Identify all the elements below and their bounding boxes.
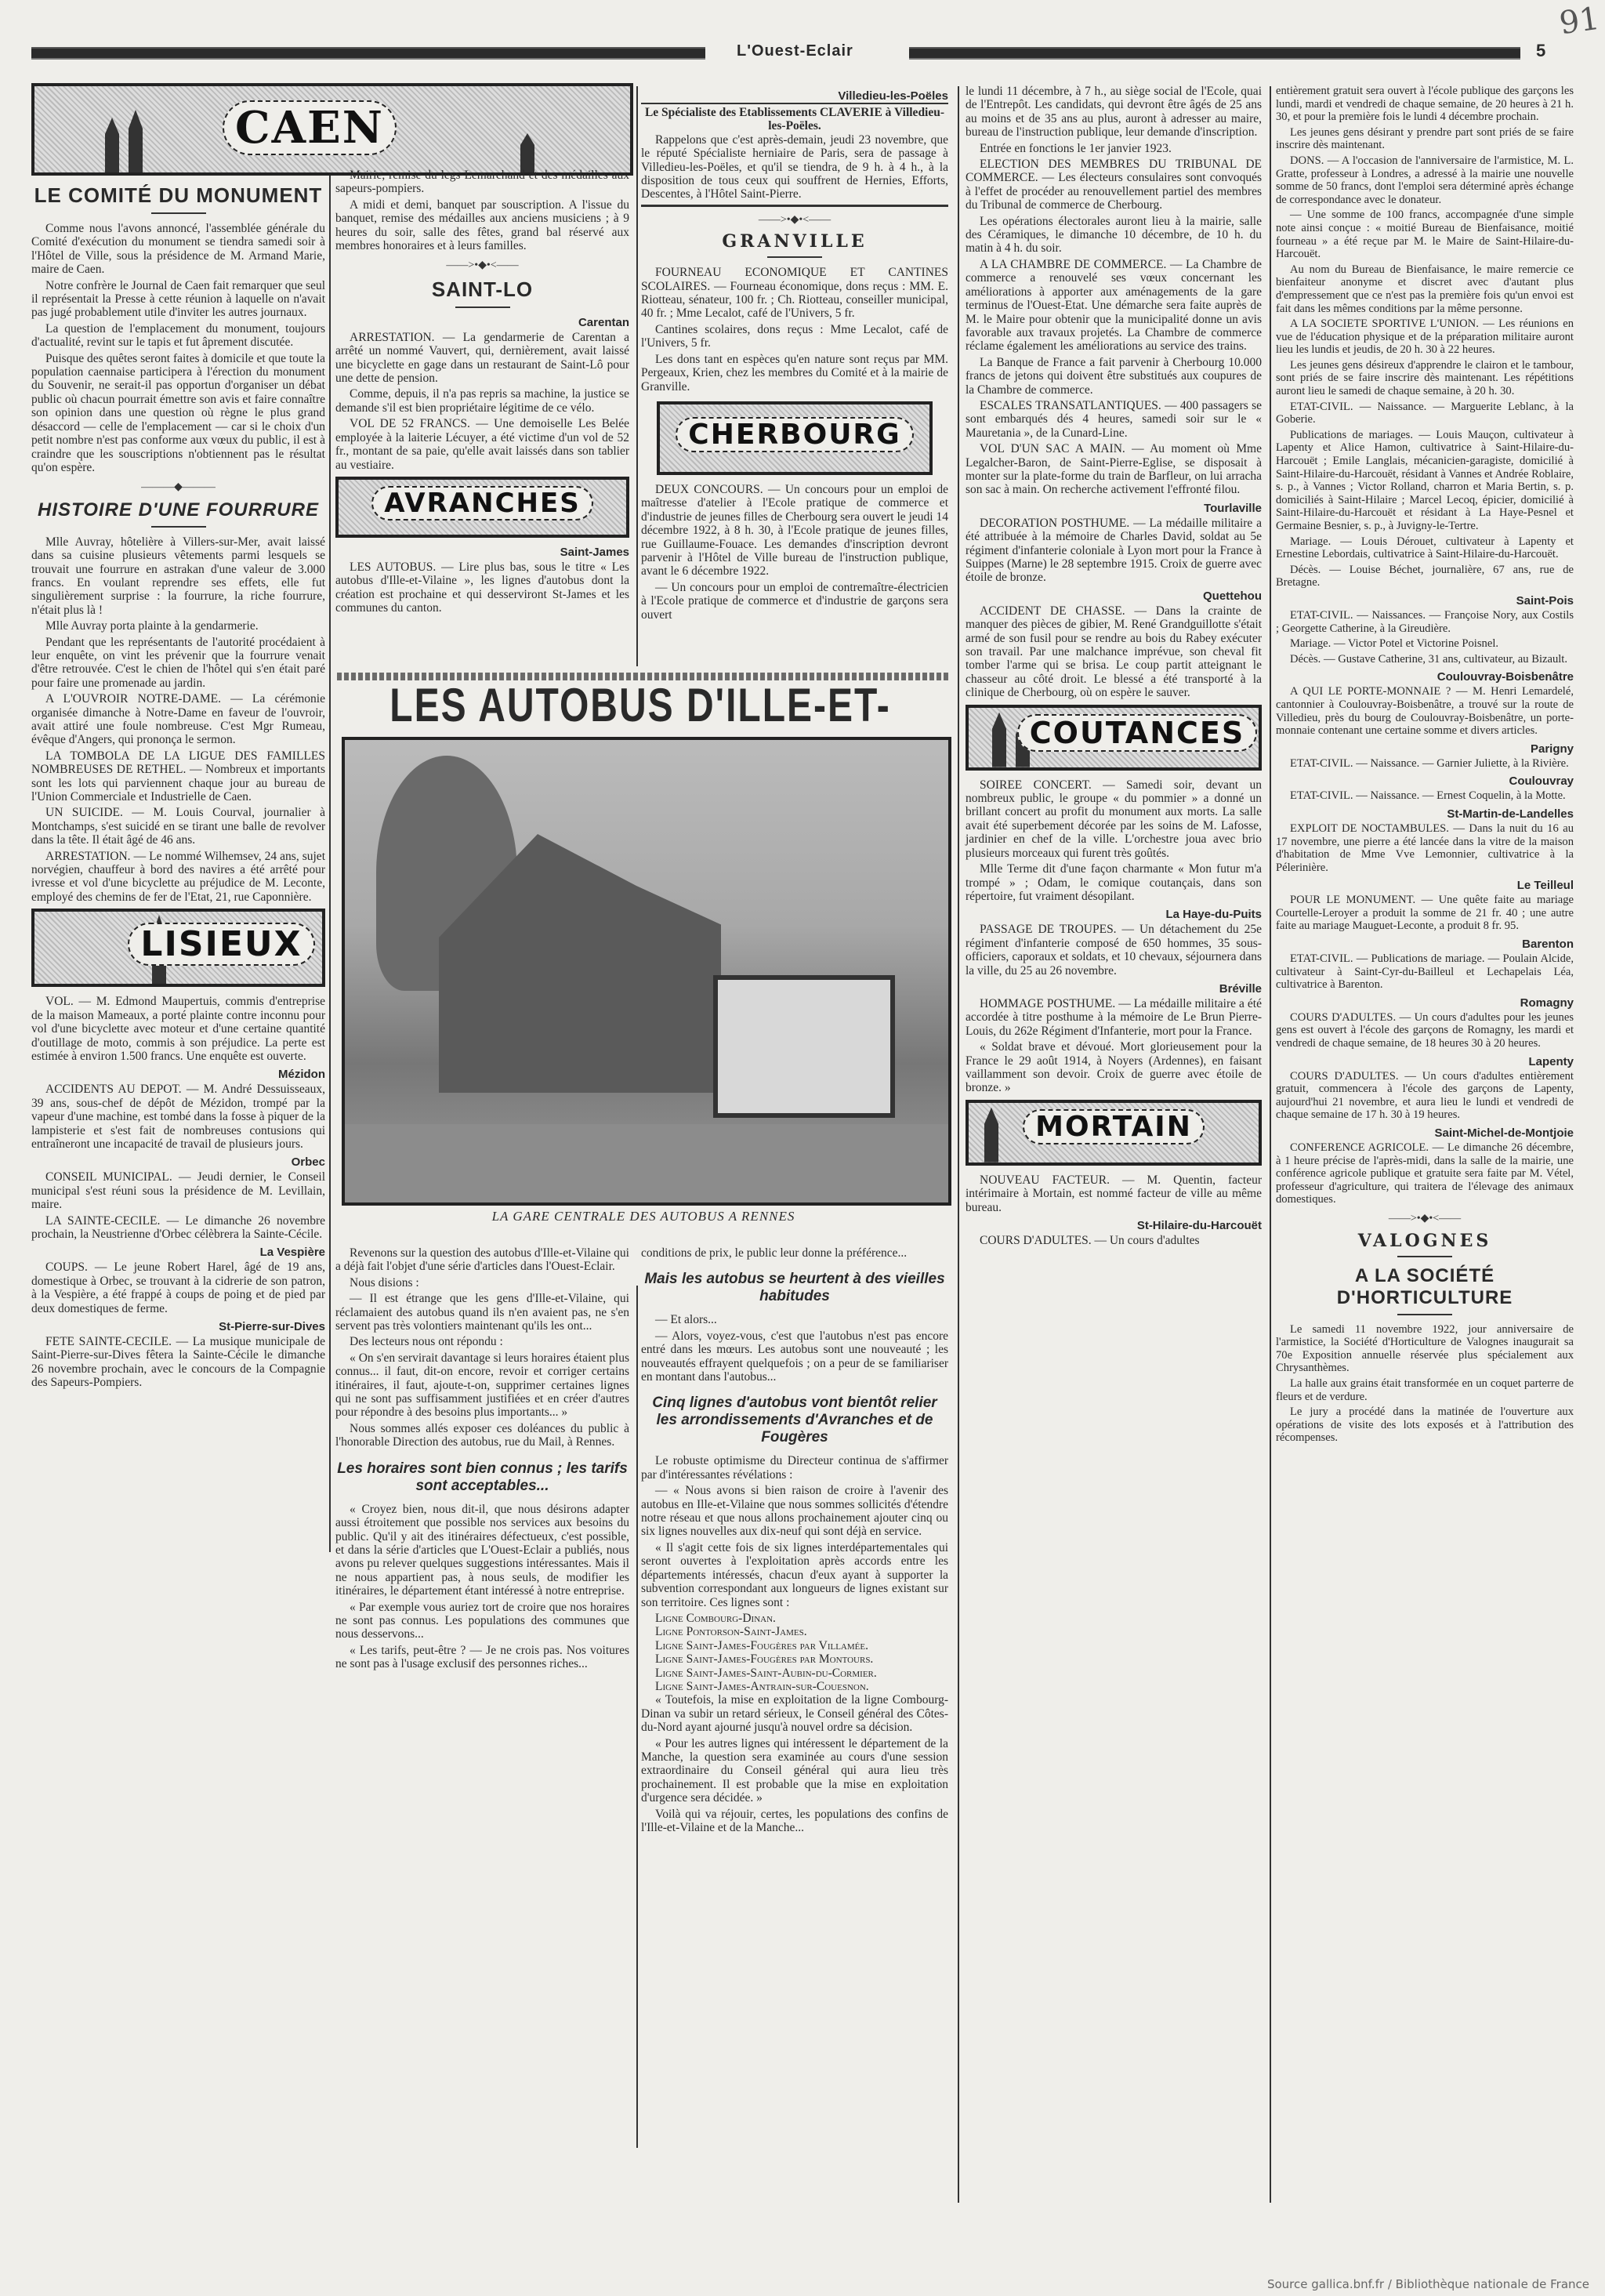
masthead-rule-left xyxy=(31,47,705,60)
paragraph: COUPS. — Le jeune Robert Harel, âgé de 1… xyxy=(31,1260,325,1315)
paragraph: A L'OUVROIR NOTRE-DAME. — La cérémonie o… xyxy=(31,692,325,747)
paragraph: ETAT-CIVIL. — Naissance. — Garnier Julie… xyxy=(1276,757,1574,771)
paragraph: VOL DE 52 FRANCS. — Une demoiselle Les B… xyxy=(335,417,629,472)
paragraph: « On s'en servirait davantage si leurs h… xyxy=(335,1351,629,1420)
paragraph: DECORATION POSTHUME. — La médaille milit… xyxy=(966,517,1262,585)
bus-lines-list: Ligne Combourg-Dinan. Ligne Pontorson-Sa… xyxy=(641,1612,948,1693)
cherbourg-banner: CHERBOURG xyxy=(657,401,933,475)
paragraph: CONSEIL MUNICIPAL. — Jeudi dernier, le C… xyxy=(31,1170,325,1211)
locality-la-haye-du-puits: La Haye-du-Puits xyxy=(966,908,1262,921)
column-saint-lo: Mairie, remise du legs Lemarchand et des… xyxy=(335,169,629,618)
paragraph: La halle aux grains était transformée en… xyxy=(1276,1377,1574,1403)
feature-column-2: conditions de prix, le public leur donne… xyxy=(641,1246,948,1837)
paragraph: La Banque de France a fait parvenir à Ch… xyxy=(966,356,1262,397)
paragraph: Publications de mariages. — Louis Mauçon… xyxy=(1276,429,1574,533)
ad-title-claverie: Le Spécialiste des Etablissements CLAVER… xyxy=(641,106,948,133)
paragraph: CONFERENCE AGRICOLE. — Le dimanche 26 dé… xyxy=(1276,1141,1574,1206)
ad-body-claverie: Rappelons que c'est après-demain, jeudi … xyxy=(641,133,948,207)
paragraph: Nous disions : xyxy=(335,1276,629,1289)
paragraph: PASSAGE DE TROUPES. — Un détachement du … xyxy=(966,923,1262,978)
paragraph: Décès. — Gustave Catherine, 31 ans, cult… xyxy=(1276,653,1574,666)
paragraph: — Un concours pour un emploi de contrema… xyxy=(641,581,948,622)
article-title-comite: LE COMITÉ DU MONUMENT xyxy=(31,183,325,208)
section-title-coutances: COUTANCES xyxy=(1017,714,1257,752)
paragraph: A QUI LE PORTE-MONNAIE ? — M. Henri Lema… xyxy=(1276,685,1574,737)
paragraph: — Une somme de 100 francs, accompagnée d… xyxy=(1276,209,1574,260)
paragraph: « Soldat brave et dévoué. Mort glorieuse… xyxy=(966,1040,1262,1095)
locality-le-teilleul: Le Teilleul xyxy=(1276,879,1574,892)
locality-tourlaville: Tourlaville xyxy=(966,502,1262,515)
paragraph: Les jeunes gens désireux d'apprendre le … xyxy=(1276,359,1574,398)
paragraph: Entrée en fonctions le 1er janvier 1923. xyxy=(966,142,1262,155)
paragraph: Voilà qui va réjouir, certes, les popula… xyxy=(641,1808,948,1835)
paragraph: Comme, depuis, il n'a pas repris sa mach… xyxy=(335,387,629,415)
photo-gare-centrale xyxy=(342,737,951,1206)
paragraph: entièrement gratuit sera ouvert à l'écol… xyxy=(1276,85,1574,124)
locality-breville: Bréville xyxy=(966,982,1262,996)
bus-line: Ligne Saint-James-Saint-Aubin-du-Cormier… xyxy=(655,1667,948,1680)
paragraph: La question de l'emplacement du monument… xyxy=(31,322,325,350)
column-rule xyxy=(1270,86,1271,2203)
paragraph: Mairie, remise du legs Lemarchand et des… xyxy=(335,169,629,196)
paragraph: NOUVEAU FACTEUR. — M. Quentin, facteur i… xyxy=(966,1173,1262,1214)
column-rule xyxy=(958,86,959,2203)
bus-line: Ligne Combourg-Dinan. xyxy=(655,1612,948,1625)
paragraph: « Croyez bien, nous dit-il, que nous dés… xyxy=(335,1503,629,1598)
paragraph: Mariage. — Victor Potel et Victorine Poi… xyxy=(1276,637,1574,651)
locality-orbec: Orbec xyxy=(31,1155,325,1169)
paragraph: « Par exemple vous auriez tort de croire… xyxy=(335,1601,629,1641)
column-rule xyxy=(636,86,638,666)
paragraph: Pendant que les représentants de l'autor… xyxy=(31,636,325,691)
paragraph: Les jeunes gens désirant y prendre part … xyxy=(1276,126,1574,152)
paragraph: HOMMAGE POSTHUME. — La médaille militair… xyxy=(966,997,1262,1038)
paragraph: ACCIDENTS AU DEPOT. — M. André Dessuisse… xyxy=(31,1083,325,1151)
paragraph: EXPLOIT DE NOCTAMBULES. — Dans la nuit d… xyxy=(1276,822,1574,874)
locality-villedieu: Villedieu-les-Poëles xyxy=(641,89,948,104)
paragraph: Puisque des quêtes seront faites à domic… xyxy=(31,352,325,475)
locality-st-martin-de-landelles: St-Martin-de-Landelles xyxy=(1276,807,1574,821)
paragraph: ARRESTATION. — La gendarmerie de Carenta… xyxy=(335,331,629,386)
paragraph: LA SAINTE-CECILE. — Le dimanche 26 novem… xyxy=(31,1214,325,1242)
section-title-mortain: MORTAIN xyxy=(1023,1109,1205,1144)
paragraph: DEUX CONCOURS. — Un concours pour un emp… xyxy=(641,483,948,579)
lisieux-banner: LISIEUX xyxy=(31,909,325,987)
bus-line: Ligne Saint-James-Fougères par Villamée. xyxy=(655,1639,948,1652)
paragraph: Nous sommes allés exposer ces doléances … xyxy=(335,1422,629,1449)
paragraph: COURS D'ADULTES. — Un cours d'adultes xyxy=(966,1234,1262,1247)
paragraph: Revenons sur la question des autobus d'I… xyxy=(335,1246,629,1274)
section-title-lisieux: LISIEUX xyxy=(128,923,314,966)
subheading-cinq-lignes: Cinq lignes d'autobus vont bientôt relie… xyxy=(641,1395,948,1446)
bus-line: Ligne Pontorson-Saint-James. xyxy=(655,1625,948,1638)
paragraph: COURS D'ADULTES. — Un cours d'adultes po… xyxy=(1276,1011,1574,1050)
page-number: 5 xyxy=(1536,41,1545,61)
paragraph: Le jury a procédé dans la matinée de l'o… xyxy=(1276,1406,1574,1445)
paragraph: COURS D'ADULTES. — Un cours d'adultes en… xyxy=(1276,1070,1574,1122)
newspaper-title: L'Ouest-Eclair xyxy=(737,42,853,60)
paragraph: ARRESTATION. — Le nommé Wilhemsev, 24 an… xyxy=(31,850,325,905)
paragraph: POUR LE MONUMENT. — Une quête faite au m… xyxy=(1276,894,1574,933)
paragraph: A midi et demi, banquet par souscription… xyxy=(335,198,629,253)
column-rule xyxy=(636,1286,638,2148)
paragraph: Mlle Terme dit d'une façon charmante « M… xyxy=(966,862,1262,903)
photo-caption: LA GARE CENTRALE DES AUTOBUS A RENNES xyxy=(342,1209,945,1224)
section-title-granville: GRANVILLE xyxy=(641,231,948,252)
paragraph: A LA CHAMBRE DE COMMERCE. — La Chambre d… xyxy=(966,258,1262,354)
paragraph: Cantines scolaires, dons reçus : Mme Lec… xyxy=(641,323,948,350)
mortain-banner: MORTAIN xyxy=(966,1100,1262,1166)
section-title-caen: CAEN xyxy=(223,100,397,155)
paragraph: Mlle Auvray porta plainte à la gendarmer… xyxy=(31,619,325,633)
section-title-avranches: AVRANCHES xyxy=(371,486,592,520)
paragraph: VOL. — M. Edmond Maupertuis, commis d'en… xyxy=(31,995,325,1063)
column-cherbourg-coutances: le lundi 11 décembre, à 7 h., au siège s… xyxy=(966,85,1262,1250)
ornament-divider: ———◆——— xyxy=(31,481,325,494)
paragraph: Le robuste optimisme du Directeur contin… xyxy=(641,1454,948,1482)
paragraph: A LA SOCIETE SPORTIVE L'UNION. — Les réu… xyxy=(1276,317,1574,357)
bus-line: Ligne Saint-James-Antrain-sur-Couesnon. xyxy=(655,1680,948,1693)
source-credit: Source gallica.bnf.fr / Bibliothèque nat… xyxy=(1267,2277,1589,2291)
paragraph: — « Nous avons si bien raison de croire … xyxy=(641,1484,948,1539)
paragraph: Mlle Auvray, hôtelière à Villers-sur-Mer… xyxy=(31,535,325,617)
paragraph: Des lecteurs nous ont répondu : xyxy=(335,1335,629,1348)
locality-st-hilaire: St-Hilaire-du-Harcouët xyxy=(966,1219,1262,1232)
paragraph: Les dons tant en espèces qu'en nature so… xyxy=(641,353,948,394)
subheading-habitudes: Mais les autobus se heurtent à des vieil… xyxy=(641,1271,948,1305)
bus-illustration xyxy=(713,975,895,1118)
ornament-divider: ——>•◆•<—— xyxy=(335,259,629,272)
paragraph: Décès. — Louise Béchet, journalière, 67 … xyxy=(1276,564,1574,589)
paragraph: ETAT-CIVIL. — Naissance. — Marguerite Le… xyxy=(1276,401,1574,426)
column-rule xyxy=(329,94,331,1552)
ornament-divider: ——>•◆•<—— xyxy=(641,213,948,227)
column-st-hilaire-valognes: entièrement gratuit sera ouvert à l'écol… xyxy=(1276,85,1574,1447)
archive-annotation: 91 xyxy=(1557,1,1602,42)
feature-column-1: Revenons sur la question des autobus d'I… xyxy=(335,1246,629,1674)
article-title-fourrure: HISTOIRE D'UNE FOURRURE xyxy=(31,499,325,521)
avranches-banner: AVRANCHES xyxy=(335,477,629,538)
paragraph: Comme nous l'avons annoncé, l'assemblée … xyxy=(31,222,325,277)
paragraph: Au nom du Bureau de Bienfaisance, le mai… xyxy=(1276,263,1574,315)
paragraph: « Les tarifs, peut-être ? — Je ne crois … xyxy=(335,1644,629,1671)
paragraph: — Et alors... xyxy=(641,1313,948,1326)
locality-mezidon: Mézidon xyxy=(31,1068,325,1081)
paragraph: FOURNEAU ECONOMIQUE ET CANTINES SCOLAIRE… xyxy=(641,266,948,321)
locality-quettehou: Quettehou xyxy=(966,589,1262,603)
paragraph: Notre confrère le Journal de Caen fait r… xyxy=(31,279,325,320)
paragraph: Mariage. — Louis Dérouet, cultivateur à … xyxy=(1276,535,1574,561)
paragraph: conditions de prix, le public leur donne… xyxy=(641,1246,948,1260)
locality-parigny: Parigny xyxy=(1276,742,1574,756)
paragraph: — Alors, voyez-vous, c'est que l'autobus… xyxy=(641,1329,948,1384)
paragraph: ACCIDENT DE CHASSE. — Dans la crainte de… xyxy=(966,604,1262,700)
masthead: L'Ouest-Eclair 5 xyxy=(31,44,1567,60)
paragraph: « Il s'agit cette fois de six lignes int… xyxy=(641,1541,948,1609)
locality-st-pierre-sur-dives: St-Pierre-sur-Dives xyxy=(31,1320,325,1333)
article-title-horticulture: A LA SOCIÉTÉ D'HORTICULTURE xyxy=(1276,1265,1574,1309)
locality-la-vespiere: La Vespière xyxy=(31,1246,325,1259)
paragraph: Les opérations électorales auront lieu à… xyxy=(966,215,1262,256)
paragraph: — Il est étrange que les gens d'Ille-et-… xyxy=(335,1292,629,1333)
paragraph: VOL D'UN SAC A MAIN. — Au moment où Mme … xyxy=(966,442,1262,497)
paragraph: ETAT-CIVIL. — Naissance. — Ernest Coquel… xyxy=(1276,789,1574,803)
section-title-cherbourg: CHERBOURG xyxy=(676,417,913,452)
section-title-valognes: VALOGNES xyxy=(1276,1231,1574,1251)
paragraph: SOIREE CONCERT. — Samedi soir, devant un… xyxy=(966,778,1262,860)
masthead-rule-right xyxy=(909,47,1520,60)
paragraph: le lundi 11 décembre, à 7 h., au siège s… xyxy=(966,85,1262,140)
ornament-divider: ——>•◆•<—— xyxy=(1276,1213,1574,1226)
paragraph: LES AUTOBUS. — Lire plus bas, sous le ti… xyxy=(335,560,629,615)
paragraph: LA TOMBOLA DE LA LIGUE DES FAMILLES NOMB… xyxy=(31,749,325,804)
bus-line: Ligne Saint-James-Fougères par Montours. xyxy=(655,1652,948,1666)
locality-saint-pois: Saint-Pois xyxy=(1276,594,1574,608)
locality-saint-michel-de-montjoie: Saint-Michel-de-Montjoie xyxy=(1276,1126,1574,1140)
paragraph: ELECTION DES MEMBRES DU TRIBUNAL DE COMM… xyxy=(966,158,1262,212)
coutances-banner: COUTANCES xyxy=(966,705,1262,771)
paragraph: Le samedi 11 novembre 1922, jour anniver… xyxy=(1276,1323,1574,1375)
caen-banner: CAEN xyxy=(31,83,633,176)
locality-romagny: Romagny xyxy=(1276,996,1574,1010)
section-title-saint-lo: SAINT-LO xyxy=(335,277,629,302)
paragraph: UN SUICIDE. — M. Louis Courval, journali… xyxy=(31,806,325,847)
locality-barenton: Barenton xyxy=(1276,938,1574,951)
paragraph: « Pour les autres lignes qui intéressent… xyxy=(641,1737,948,1805)
locality-saint-james: Saint-James xyxy=(335,546,629,559)
paragraph: FETE SAINTE-CECILE. — La musique municip… xyxy=(31,1335,325,1390)
locality-lapenty: Lapenty xyxy=(1276,1055,1574,1068)
locality-coulouvray: Coulouvray xyxy=(1276,774,1574,788)
column-granville-cherbourg: Villedieu-les-Poëles Le Spécialiste des … xyxy=(641,85,948,624)
locality-carentan: Carentan xyxy=(335,316,629,329)
paragraph: ETAT-CIVIL. — Naissances. — Françoise No… xyxy=(1276,609,1574,635)
column-caen: CAEN LE COMITÉ DU MONUMENT Comme nous l'… xyxy=(31,78,325,1392)
paragraph: DONS. — A l'occasion de l'anniversaire d… xyxy=(1276,154,1574,206)
locality-coulouvray-boisbenatre: Coulouvray-Boisbenâtre xyxy=(1276,670,1574,684)
subheading-horaires: Les horaires sont bien connus ; les tari… xyxy=(335,1460,629,1495)
paragraph: ETAT-CIVIL. — Publications de mariage. —… xyxy=(1276,952,1574,992)
paragraph: « Toutefois, la mise en exploitation de … xyxy=(641,1693,948,1734)
paragraph: ESCALES TRANSATLANTIQUES. — 400 passager… xyxy=(966,399,1262,440)
